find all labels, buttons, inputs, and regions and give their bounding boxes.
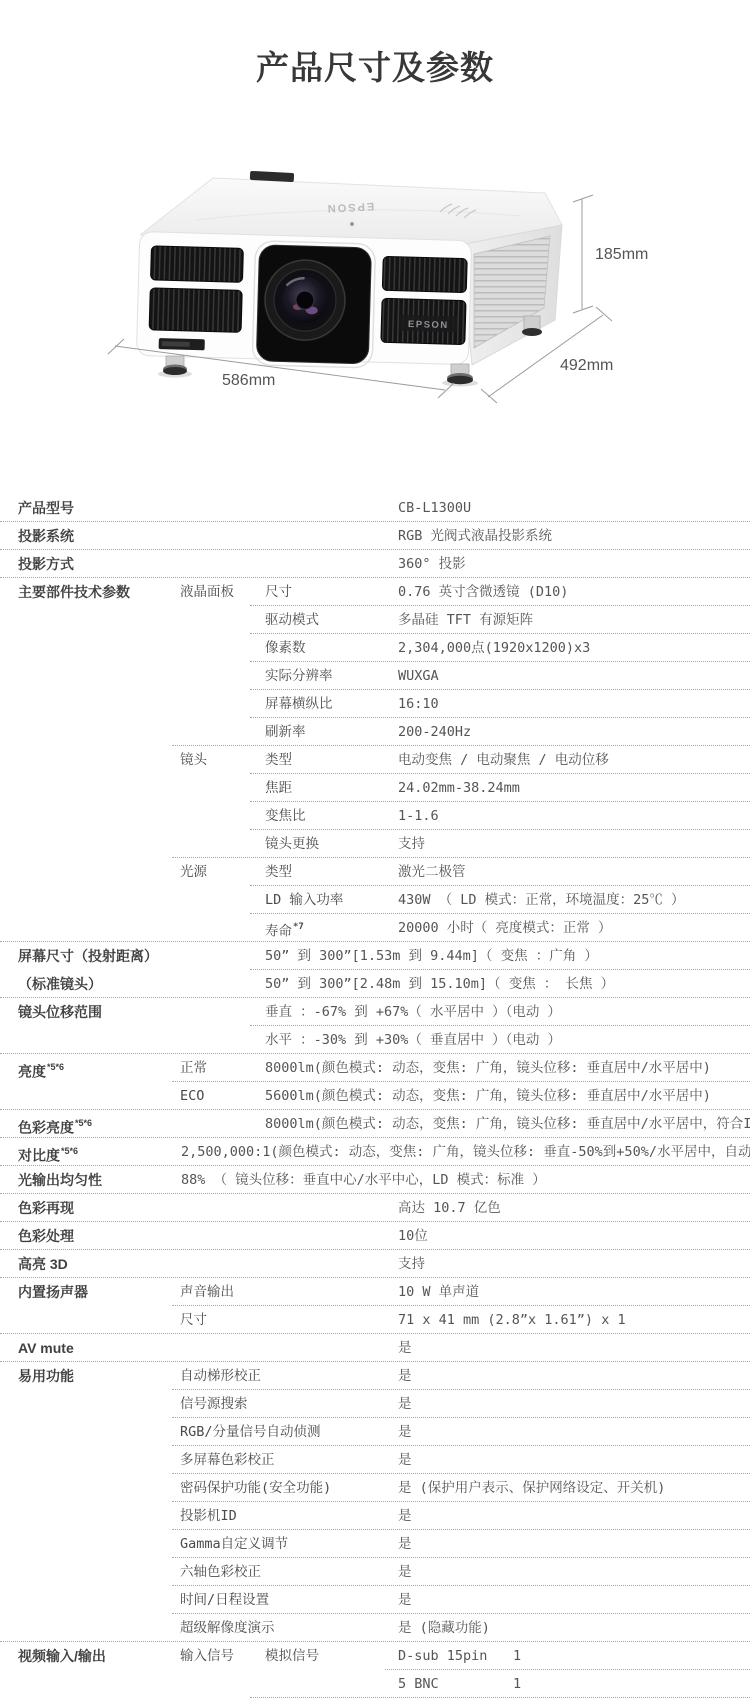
row-sublabel: 刷新率 (265, 718, 306, 746)
table-row: 水平 ：-30% 到 +30%（ 垂直居中 ）（电动 ） (0, 1026, 750, 1054)
row-value: D-sub 15pin (398, 1642, 487, 1670)
table-row: 变焦比1-1.6 (0, 802, 750, 830)
row-label: 对比度*5*6 (18, 1138, 78, 1170)
table-row: AV mute是 (0, 1334, 750, 1362)
row-value: 电动变焦 / 电动聚焦 / 电动位移 (398, 746, 609, 774)
row-sublabel: 实际分辨率 (265, 662, 333, 690)
front-vent-right-upper (382, 256, 467, 292)
table-row: 对比度*5*62,500,000:1(颜色模式: 动态，变焦: 广角，镜头位移:… (0, 1138, 750, 1166)
projector-side-face (460, 225, 562, 365)
row-label: 色彩再现 (18, 1194, 74, 1222)
table-row: 光输出均匀性88% （ 镜头位移：垂直中心/水平中心，LD 模式：标准 ） (0, 1166, 750, 1194)
row-value: 垂直 ：-67% 到 +67%（ 水平居中 ）（电动 ） (265, 998, 561, 1026)
row-value: 是 (398, 1446, 412, 1474)
row-value: 16:10 (398, 690, 439, 718)
row-sublabel: 投影机ID (180, 1502, 237, 1530)
table-row: LD 输入功率430W （ LD 模式：正常，环境温度：25℃ ） (0, 886, 750, 914)
projector-front-face: EPSON (136, 232, 472, 371)
table-row: 光源类型激光二极管 (0, 858, 750, 886)
row-sublabel: ECO (180, 1082, 204, 1110)
row-value: 是 (398, 1502, 412, 1530)
front-vent-left-lower (149, 288, 242, 333)
table-row: 屏幕横纵比16:10 (0, 690, 750, 718)
table-row: 寿命*720000 小时（ 亮度模式：正常 ） (0, 914, 750, 942)
row-value: 是 (398, 1530, 412, 1558)
table-row: 焦距24.02mm-38.24mm (0, 774, 750, 802)
table-row: 镜头更换支持 (0, 830, 750, 858)
row-label: 光输出均匀性 (18, 1166, 102, 1194)
brand-logo-top: EPSON (325, 200, 374, 215)
table-row: 密码保护功能(安全功能)是 (保护用户表示、保护网络设定、开关机) (0, 1474, 750, 1502)
dimension-height (573, 195, 593, 313)
row-label: 色彩处理 (18, 1222, 74, 1250)
row-value: 是 (398, 1586, 412, 1614)
row-value: 是 (398, 1558, 412, 1586)
row-value: 200-240Hz (398, 718, 471, 746)
front-vent-left-upper (151, 246, 244, 283)
table-row: ECO5600lm(颜色模式: 动态，变焦: 广角，镜头位移: 垂直居中/水平居… (0, 1082, 750, 1110)
row-sublabel: 驱动模式 (265, 606, 319, 634)
row-value: 50” 到 300”[1.53m 到 9.44m]（ 变焦 ：广角 ） (265, 942, 598, 970)
brand-logo-front: EPSON (408, 319, 449, 331)
table-row: 5 BNC1 (0, 1670, 750, 1698)
row-value: 8000lm(颜色模式: 动态，变焦: 广角，镜头位移: 垂直居中/水平居中，符… (265, 1110, 750, 1138)
row-sublabel: 声音输出 (180, 1278, 234, 1306)
table-row: 视频输入/输出输入信号模拟信号D-sub 15pin1 (0, 1642, 750, 1670)
row-value: 支持 (398, 1250, 425, 1278)
row-sublabel: 类型 (265, 746, 292, 774)
row-value: 88% （ 镜头位移：垂直中心/水平中心，LD 模式：标准 ） (181, 1166, 546, 1194)
row-label: 视频输入/输出 (18, 1642, 106, 1670)
table-row: 镜头类型电动变焦 / 电动聚焦 / 电动位移 (0, 746, 750, 774)
row-sublabel: LD 输入功率 (265, 886, 343, 914)
footnote-marker: *5*6 (61, 1146, 78, 1156)
row-sublabel: 尺寸 (265, 578, 292, 606)
row-value: 是 (398, 1418, 412, 1446)
table-row: 投影方式360° 投影 (0, 550, 750, 578)
row-value: 10 W 单声道 (398, 1278, 479, 1306)
row-value: 激光二极管 (398, 858, 466, 886)
table-row: 多屏幕色彩校正是 (0, 1446, 750, 1474)
table-row: 像素数2,304,000点(1920x1200)x3 (0, 634, 750, 662)
row-value: 20000 小时（ 亮度模式：正常 ） (398, 914, 612, 942)
top-mark (350, 222, 354, 226)
row-label: （标准镜头） (18, 970, 102, 998)
row-label: AV mute (18, 1334, 74, 1362)
table-row: 高亮 3D支持 (0, 1250, 750, 1278)
table-row: （标准镜头）50” 到 300”[2.48m 到 15.10m]（ 变焦 ： 长… (0, 970, 750, 998)
row-sublabel: 自动梯形校正 (180, 1362, 261, 1390)
row-value: 水平 ：-30% 到 +30%（ 垂直居中 ）（电动 ） (265, 1026, 561, 1054)
table-row: 实际分辨率WUXGA (0, 662, 750, 690)
row-value: 71 x 41 mm (2.8”x 1.61”) x 1 (398, 1306, 626, 1334)
row-value: 8000lm(颜色模式: 动态，变焦: 广角，镜头位移: 垂直居中/水平居中) (265, 1054, 711, 1082)
product-spec-page: 产品尺寸及参数 (0, 0, 750, 1701)
row-count: 1 (513, 1670, 521, 1698)
row-sublabel: 焦距 (265, 774, 292, 802)
row-sublabel: 信号源搜索 (180, 1390, 248, 1418)
table-row: 主要部件技术参数液晶面板尺寸0.76 英寸含微透镜 (D10) (0, 578, 750, 606)
dimension-label-width: 586mm (222, 372, 275, 389)
row-sublabel: 模拟信号 (265, 1642, 319, 1670)
row-label: 高亮 3D (18, 1250, 68, 1278)
table-row: 屏幕尺寸（投射距离）50” 到 300”[1.53m 到 9.44m]（ 变焦 … (0, 942, 750, 970)
row-sublabel: 多屏幕色彩校正 (180, 1446, 275, 1474)
table-row: 尺寸71 x 41 mm (2.8”x 1.61”) x 1 (0, 1306, 750, 1334)
table-row: 投影机ID是 (0, 1502, 750, 1530)
row-sublabel: 液晶面板 (180, 578, 234, 606)
row-value: 2,500,000:1(颜色模式: 动态，变焦: 广角，镜头位移: 垂直-50%… (181, 1138, 750, 1166)
row-sublabel: 像素数 (265, 634, 306, 662)
row-sublabel: 屏幕横纵比 (265, 690, 333, 718)
row-value: 是 (398, 1362, 412, 1390)
row-sublabel: 镜头 (180, 746, 207, 774)
row-value: 是 (保护用户表示、保护网络设定、开关机) (398, 1474, 665, 1502)
row-sublabel: RGB/分量信号自动侦测 (180, 1418, 321, 1446)
table-row: 六轴色彩校正是 (0, 1558, 750, 1586)
table-row: 色彩再现高达 10.7 亿色 (0, 1194, 750, 1222)
row-value: 支持 (398, 830, 425, 858)
table-row: Gamma自定义调节是 (0, 1530, 750, 1558)
row-value: 0.76 英寸含微透镜 (D10) (398, 578, 568, 606)
table-row: RGB/分量信号自动侦测是 (0, 1418, 750, 1446)
table-row: 超级解像度演示是 (隐藏功能) (0, 1614, 750, 1642)
projector-diagram: EPSON (100, 150, 660, 410)
row-value: 360° 投影 (398, 550, 466, 578)
table-row: 时间/日程设置是 (0, 1586, 750, 1614)
row-value: CB-L1300U (398, 494, 471, 522)
row-value: 50” 到 300”[2.48m 到 15.10m]（ 变焦 ： 长焦 ） (265, 970, 614, 998)
row-value: 2,304,000点(1920x1200)x3 (398, 634, 590, 662)
row-value: 24.02mm-38.24mm (398, 774, 520, 802)
dimension-label-height: 185mm (595, 246, 648, 263)
row-label: 色彩亮度*5*6 (18, 1110, 92, 1142)
projector-illustration: EPSON (100, 150, 660, 410)
row-value: 是 (398, 1334, 412, 1362)
table-row: 驱动模式多晶硅 TFT 有源矩阵 (0, 606, 750, 634)
row-value: 5 BNC (398, 1670, 439, 1698)
table-row: 刷新率200-240Hz (0, 718, 750, 746)
row-sublabel: 变焦比 (265, 802, 306, 830)
row-value: 是 (398, 1390, 412, 1418)
row-sublabel: 超级解像度演示 (180, 1614, 275, 1642)
row-sublabel: 正常 (180, 1054, 207, 1082)
row-label: 主要部件技术参数 (18, 578, 130, 606)
table-row: 色彩处理10位 (0, 1222, 750, 1250)
row-sublabel: 寿命*7 (265, 914, 304, 946)
row-sublabel: Gamma自定义调节 (180, 1530, 288, 1558)
row-sublabel: 镜头更换 (265, 830, 319, 858)
row-label: 易用功能 (18, 1362, 74, 1390)
lens (264, 259, 346, 341)
footnote-marker: *5*6 (47, 1062, 64, 1072)
spec-table: 产品型号CB-L1300U投影系统RGB 光阀式液晶投影系统投影方式360° 投… (0, 494, 750, 1698)
row-label: 投影方式 (18, 550, 74, 578)
row-sublabel: 时间/日程设置 (180, 1586, 269, 1614)
row-count: 1 (513, 1642, 521, 1670)
table-row: 投影系统RGB 光阀式液晶投影系统 (0, 522, 750, 550)
row-sublabel: 尺寸 (180, 1306, 207, 1334)
footnote-marker: *7 (293, 922, 304, 932)
table-row: 镜头位移范围垂直 ：-67% 到 +67%（ 水平居中 ）（电动 ） (0, 998, 750, 1026)
row-label: 产品型号 (18, 494, 74, 522)
table-row: 产品型号CB-L1300U (0, 494, 750, 522)
row-value: 5600lm(颜色模式: 动态，变焦: 广角，镜头位移: 垂直居中/水平居中) (265, 1082, 711, 1110)
row-label: 屏幕尺寸（投射距离） (18, 942, 158, 970)
dimension-label-depth: 492mm (560, 357, 613, 374)
row-value: 是 (隐藏功能) (398, 1614, 490, 1642)
row-value: 多晶硅 TFT 有源矩阵 (398, 606, 533, 634)
row-value: WUXGA (398, 662, 439, 690)
row-label: 镜头位移范围 (18, 998, 102, 1026)
row-value: 高达 10.7 亿色 (398, 1194, 501, 1222)
row-sublabel: 输入信号 (180, 1642, 234, 1670)
row-sublabel: 光源 (180, 858, 207, 886)
row-value: 1-1.6 (398, 802, 439, 830)
row-sublabel: 密码保护功能(安全功能) (180, 1474, 331, 1502)
footnote-marker: *5*6 (75, 1118, 92, 1128)
table-row: 信号源搜索是 (0, 1390, 750, 1418)
projector-foot (522, 328, 542, 336)
row-sublabel: 类型 (265, 858, 292, 886)
table-row: 亮度*5*6正常8000lm(颜色模式: 动态，变焦: 广角，镜头位移: 垂直居… (0, 1054, 750, 1082)
table-row: 易用功能自动梯形校正是 (0, 1362, 750, 1390)
row-label: 亮度*5*6 (18, 1054, 64, 1086)
row-value: 10位 (398, 1222, 428, 1250)
row-sublabel: 六轴色彩校正 (180, 1558, 261, 1586)
row-label: 投影系统 (18, 522, 74, 550)
table-row: 内置扬声器声音输出10 W 单声道 (0, 1278, 750, 1306)
page-title: 产品尺寸及参数 (0, 42, 750, 89)
row-label: 内置扬声器 (18, 1278, 88, 1306)
table-row: 色彩亮度*5*68000lm(颜色模式: 动态，变焦: 广角，镜头位移: 垂直居… (0, 1110, 750, 1138)
row-value: RGB 光阀式液晶投影系统 (398, 522, 552, 550)
row-value: 430W （ LD 模式：正常，环境温度：25℃ ） (398, 886, 685, 914)
